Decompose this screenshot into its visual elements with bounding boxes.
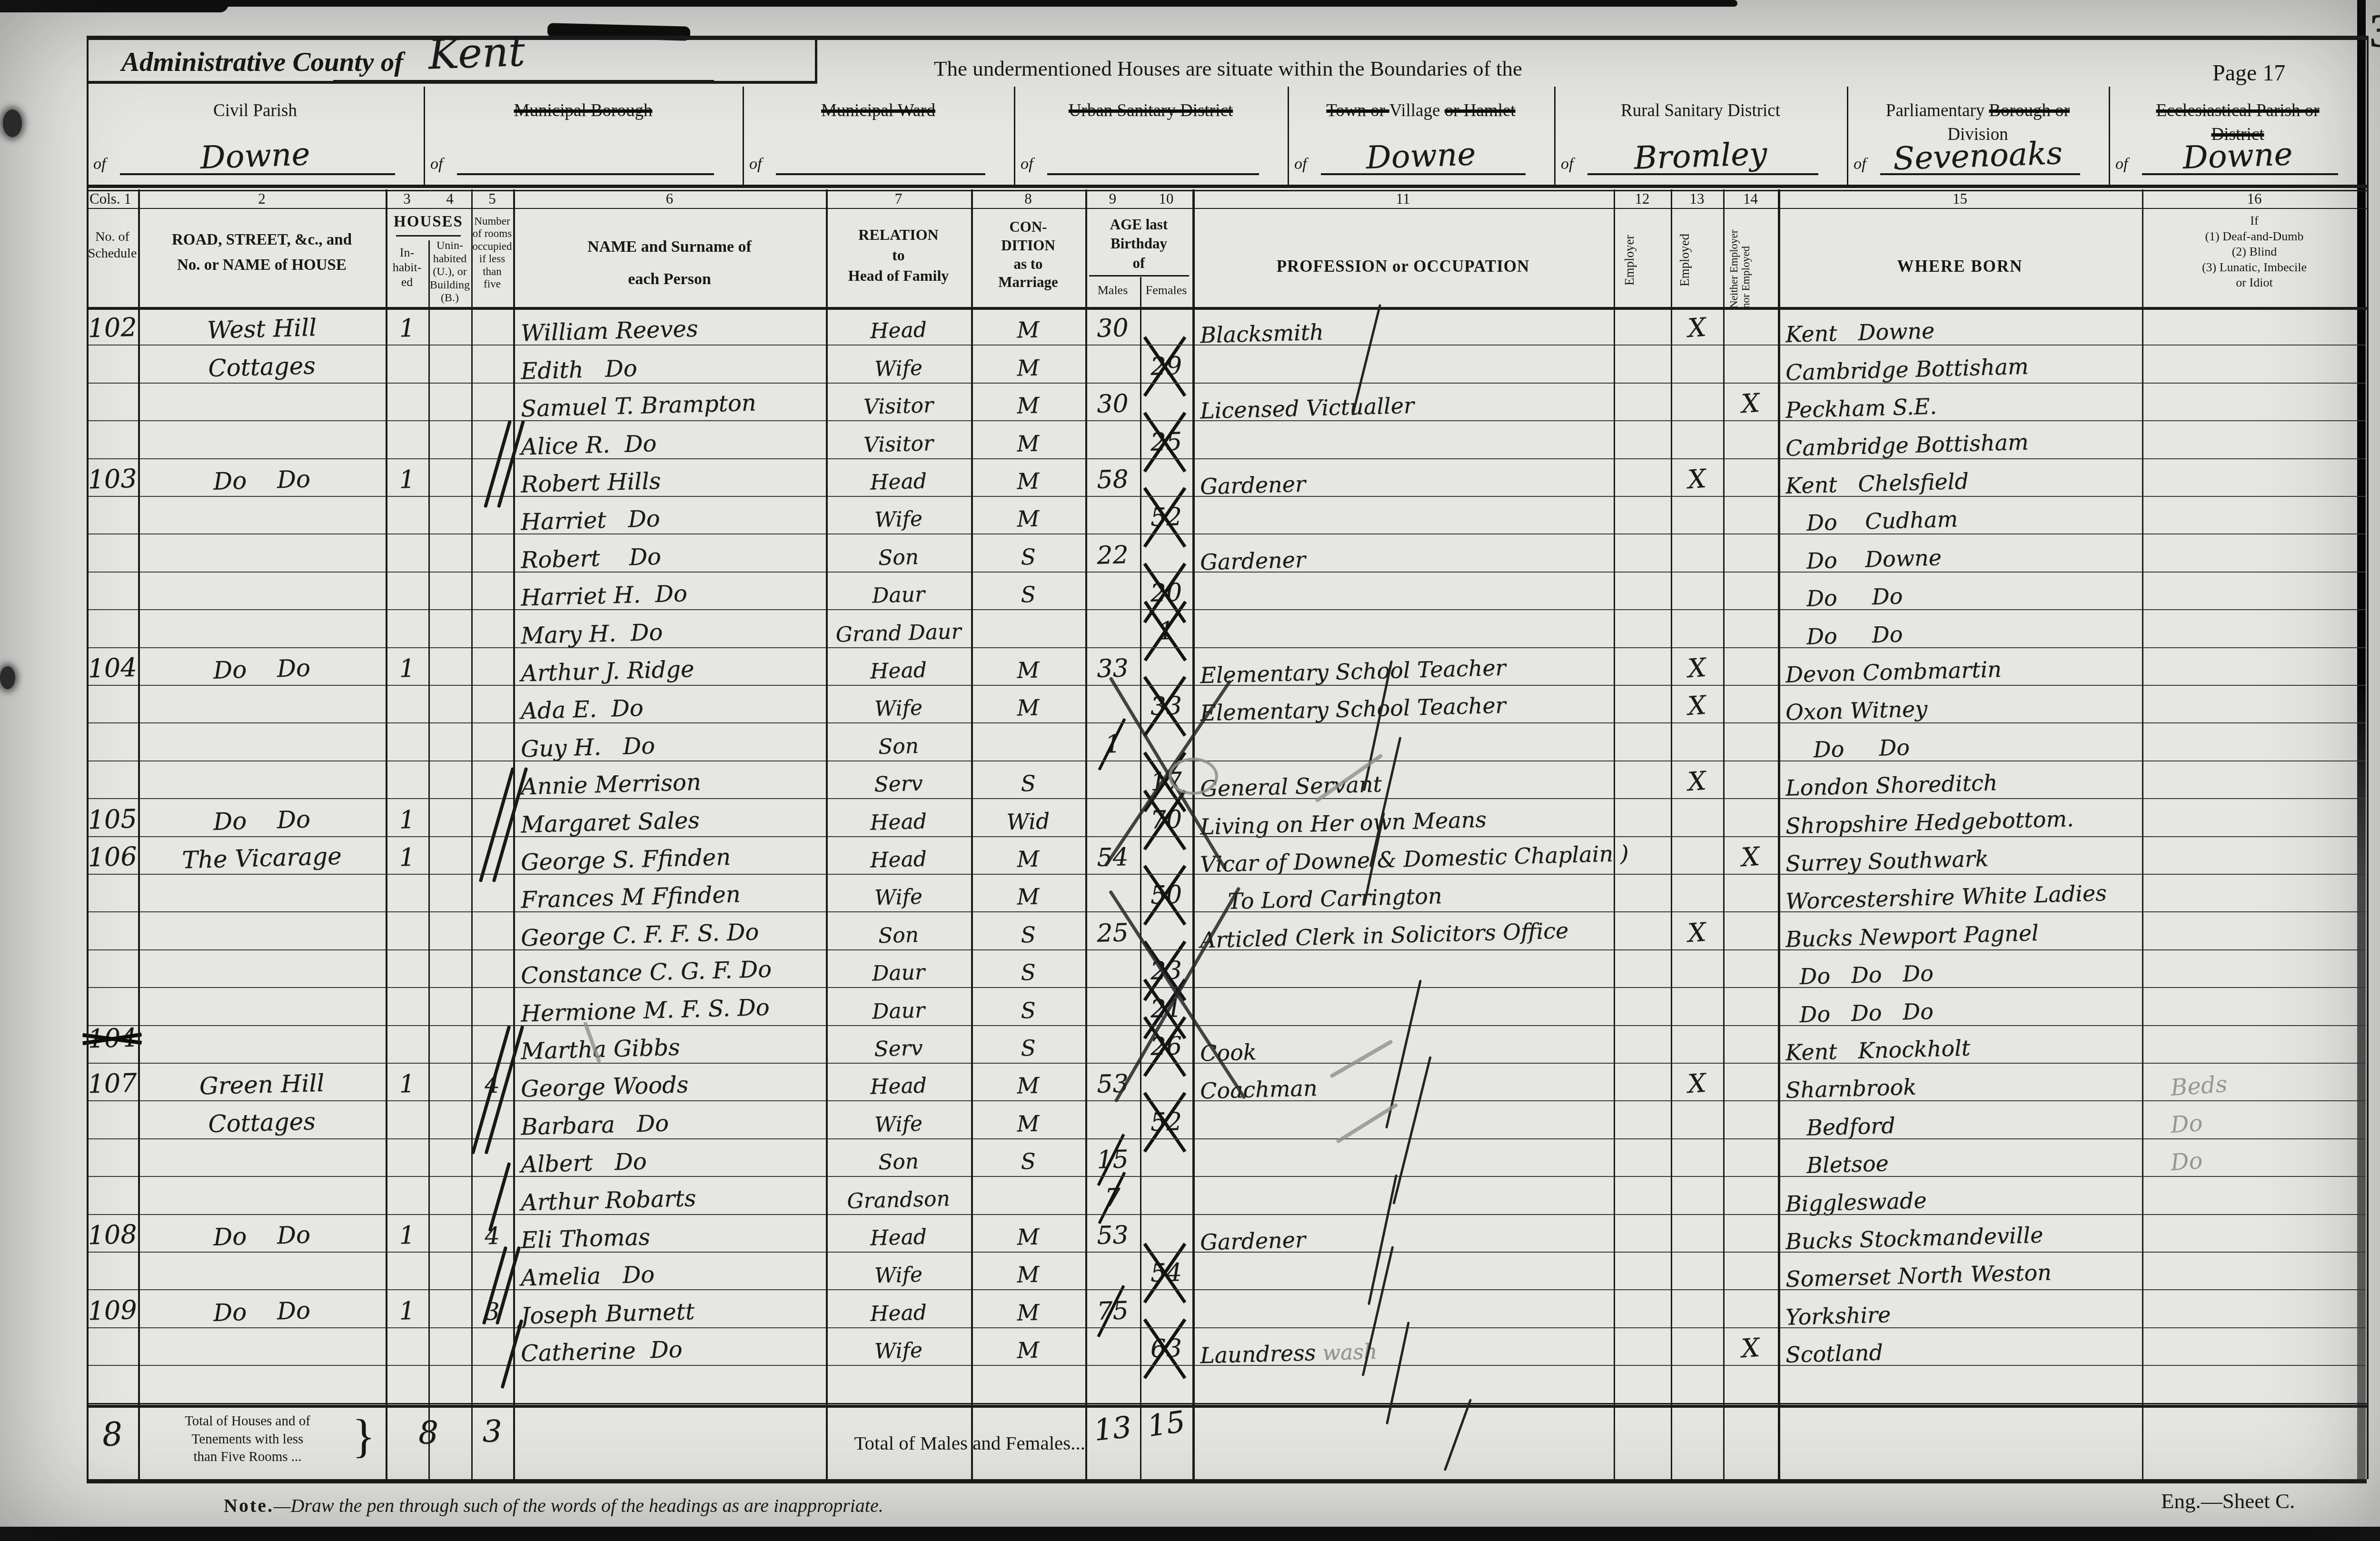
cell-name: Harriet H. Do [513,576,833,612]
cell-relation: Head [825,1299,971,1327]
cell-name: Arthur J. Ridge [513,652,833,687]
cell-schedule: 108 [86,1219,139,1251]
cell-condition: Wid [971,807,1085,835]
cell-occupation: Gardener [1192,538,1621,575]
cell-born: Do Do [1777,614,2150,650]
header-houses: HOUSES [386,213,471,231]
cell-emp: X [1722,840,1779,874]
cell-age_f: 25 [1140,427,1193,457]
footer-note-text: —Draw the pen through such of the words … [274,1495,883,1516]
table-row: Alice R. DoVisitorM25Cambridge Bottisham [0,420,2380,458]
col-number: 11 [1192,190,1614,207]
cell-condition: M [971,1223,1085,1251]
district-of-label: of [93,155,106,173]
summary-males-females-label: Total of Males and Females... [781,1432,1085,1454]
cell-house: Green Hill [138,1068,386,1102]
cell-condition: S [971,1034,1085,1062]
district-rural-sanitary-district: Rural Sanitary District ofBromley [1554,86,1847,186]
district-label-part: Borough or [1989,101,2070,120]
cell-rooms: 3 [471,1297,513,1326]
cell-inhabited: 1 [385,805,429,834]
district-label: Urban Sanitary District [1014,99,1288,123]
cell-age_f: 29 [1140,351,1193,381]
rule-line [1614,189,1615,1479]
cell-house: Do Do [138,803,386,838]
cell-schedule: 109 [86,1294,139,1326]
cell-condition: M [971,882,1085,911]
situate-title: The undermentioned Houses are situate wi… [857,56,1599,81]
age-cross-mark: 50 [1150,881,1182,910]
col-number: 12 [1614,190,1671,207]
cell-born: Shropshire Hedgebottom. [1777,803,2150,839]
cell-born: Sharnbrook [1777,1068,2150,1103]
age-slash-mark: 75 [1097,1296,1129,1326]
header-born: WHERE BORN [1778,257,2142,276]
cell-occupation: Elementary School Teacher [1192,690,1621,727]
rule-line [1778,189,1780,1479]
ink-stroke [1444,1399,1472,1471]
cell-condition: M [971,354,1085,382]
cell-relation: Grandson [825,1186,971,1214]
table-row: 106The Vicarage1George S. FfindenHeadM54… [0,836,2380,874]
col-number: 3 [386,190,428,207]
footer-note-label: Note. [224,1495,274,1516]
rule-line [87,36,89,1479]
cell-inhabited: 1 [385,465,429,494]
cell-relation: Daur [825,959,971,987]
cell-condition: S [971,958,1085,987]
cell-condition: S [971,996,1085,1024]
cell-emp: X [1670,651,1724,685]
table-row: Frances M FfindenWifeM50 To Lord Carring… [0,874,2380,911]
header-neither: Neither Employer nor Employed [1728,213,1775,308]
cell-born: Scotland [1777,1333,2150,1368]
cell-name: Eli Thomas [513,1219,833,1254]
cell-schedule: 105 [86,803,139,835]
cell-age_f: 52 [1140,1107,1193,1137]
cell-born: Bucks Stockmandeville [1777,1219,2150,1255]
district-urban-sanitary-district: Urban Sanitary District of [1014,86,1288,186]
summary-rooms-total: 3 [471,1414,513,1450]
header-name: NAME and Surname of each Person [513,231,826,296]
cell-condition: S [971,1147,1085,1176]
cell-relation: Son [825,732,971,761]
district-parliamentary-division: Parliamentary Borough or Division ofSeve… [1847,86,2109,186]
cell-relation: Head [825,846,971,874]
cell-name: Edith Do [513,350,833,385]
rule-line [1671,189,1672,1479]
cell-born: Do Cudham [1777,501,2150,536]
cell-born: Oxon Witney [1777,690,2150,725]
summary-houses-total: 8 [386,1414,471,1451]
cell-relation: Son [825,1148,971,1176]
cell-pencil-margin: Do [2170,1109,2203,1138]
cell-schedule: 107 [86,1068,139,1099]
cell-name: Hermione M. F. S. Do [513,992,833,1027]
cell-born: Surrey Southwark [1777,841,2150,877]
cell-house: Cottages [138,1106,386,1140]
summary-houses-label: Total of Houses and of Tenements with le… [143,1413,352,1466]
header-road: ROAD, STREET, &c., and No. or NAME of HO… [138,227,386,278]
cell-name: Joseph Burnett [513,1294,833,1330]
age-underline [1089,275,1189,277]
col-number: 4 [428,190,471,207]
cell-condition: S [971,920,1085,949]
rule-line [1554,87,1556,187]
cell-relation: Wife [825,694,971,722]
cell-name: George Woods [513,1068,833,1103]
cell-age_m: 15 [1085,1145,1140,1175]
summary-females-total: 15 [1138,1403,1194,1445]
header-relation: RELATION to Head of Family [826,225,971,286]
cell-born: Bletsoe [1777,1144,2150,1179]
cell-condition: S [971,580,1085,609]
hole-punch [3,109,22,137]
district-value: Downe [115,133,396,179]
cell-condition: S [971,543,1085,571]
table-row: 109Do Do13Joseph BurnettHeadM75Yorkshire [0,1289,2380,1327]
scan-edge-bottom [0,1527,2380,1541]
cell-occupation: Elementary School Teacher [1192,652,1621,689]
table-row: 102West Hill1William ReevesHeadM30Blacks… [0,307,2380,345]
district-value: Downe [1316,134,1526,178]
cell-relation: Wife [825,1110,971,1138]
table-row: Robert DoSonS22Gardener Do Downe [0,533,2380,571]
cell-inhabited: 1 [385,843,429,872]
rule-line [826,189,828,1479]
header-rooms: Number of rooms occupied if less than fi… [471,215,513,291]
cell-schedule: 104 [86,652,139,684]
table-row: 108Do Do14Eli ThomasHeadM53GardenerBucks… [0,1214,2380,1252]
cell-born: Kent Knockholt [1777,1030,2150,1066]
cell-condition: M [971,391,1085,420]
houses-underline [396,235,461,237]
cell-emp: X [1722,1331,1779,1365]
rule-line [138,189,140,1479]
cell-name: George C. F. F. S. Do [513,917,833,952]
cell-condition: M [971,1109,1085,1138]
rule-line [1192,189,1195,1479]
district-value: Bromley [1582,133,1819,178]
cell-occupation: Living on Her own Means [1192,803,1621,840]
cell-relation: Head [825,1224,971,1252]
cell-condition: M [971,693,1085,722]
cell-occupation: Blacksmith [1192,312,1621,349]
district-label-part: Civil Parish [213,101,297,120]
cell-age_m: 30 [1085,389,1140,419]
table-row: Amelia DoWifeM54Somerset North Weston [0,1252,2380,1289]
cell-relation: Wife [825,883,971,911]
cell-born: Worcestershire White Ladies [1777,879,2150,914]
rule-line [1085,189,1087,1479]
cell-house: Do Do [138,463,386,497]
cell-age_f: 54 [1140,1258,1193,1288]
cell-condition: M [971,504,1085,533]
district-value: Sevenoaks [1875,134,2081,178]
district-of-label: of [1561,155,1573,173]
cell-age_m: 53 [1085,1220,1140,1250]
rule-line [87,81,815,84]
cell-born: Peckham S.E. [1777,388,2150,423]
cell-occupation: Coachman [1192,1067,1621,1105]
cell-age_f: 33 [1140,691,1193,721]
district-town-village-hamlet: Town or Village or Hamlet ofDowne [1288,86,1554,186]
cell-born: Do Do Do [1777,992,2150,1027]
age-cross-mark: 54 [1150,1259,1182,1288]
rule-line [2142,189,2143,1479]
cell-name: Margaret Sales [513,803,833,839]
cell-born: Do Do [1777,728,2150,763]
cell-occupation: Gardener [1192,463,1621,500]
district-label-part: Ecclesiastical Parish or [2156,101,2319,120]
cell-born: Do Do [1777,577,2150,612]
district-value-underline [776,173,985,175]
district-of-label: of [1854,155,1866,173]
cell-condition: M [971,1260,1085,1289]
cell-relation: Son [825,921,971,949]
age-slash-mark: 7 [1104,1183,1121,1212]
rule-line [386,189,387,1479]
cell-born: Do Downe [1777,539,2150,574]
cell-name: Constance C. G. F. Do [513,954,833,989]
cell-age_m: 7 [1085,1183,1140,1213]
col-number: 13 [1671,190,1723,207]
cell-relation: Visitor [825,392,971,420]
col-number: 15 [1778,190,2142,207]
cell-relation: Serv [825,770,971,798]
district-municipal-borough: Municipal Borough of [424,86,743,186]
census-sheet-scan: 38 Administrative County of Kent The und… [0,0,2380,1541]
district-label: Municipal Borough [424,99,743,123]
cell-relation: Grand Daur [825,619,971,647]
cell-age_f: 52 [1140,503,1193,533]
cell-name: Frances M Ffinden [513,879,833,914]
cell-emp: X [1670,689,1724,723]
cell-age_m: 58 [1085,464,1140,494]
county-label: Administrative County of [121,47,403,78]
cell-relation: Head [825,1072,971,1100]
cell-name: William Reeves [513,312,833,347]
cell-born: Kent Chelsfield [1777,464,2150,499]
summary-brace: } [352,1409,375,1463]
header-females: Females [1140,283,1192,297]
header-schedule: No. of Schedule [87,228,138,262]
cell-house: West Hill [138,312,386,346]
cell-name: Mary H. Do [513,614,833,650]
district-label-part: or Hamlet [1445,101,1516,120]
district-of-label: of [2115,155,2128,173]
cell-occupation: Laundress wash [1192,1332,1621,1369]
cell-condition: S [971,769,1085,798]
district-label-part: Municipal Borough [514,101,653,120]
district-label-part: Village [1389,101,1445,120]
scan-edge-top-left [0,0,228,12]
cell-condition: M [971,1071,1085,1100]
cell-name: Martha Gibbs [513,1030,833,1065]
cell-born: Cambridge Bottisham [1777,425,2150,461]
cell-relation: Head [825,468,971,496]
district-of-label: of [1021,155,1033,173]
scan-edge-top [0,0,1737,7]
rule-line [428,240,430,1479]
table-row: Arthur RobartsGrandson7Biggleswade [0,1176,2380,1214]
cell-house: The Vicarage [138,841,386,875]
district-label-part: Town or [1326,101,1389,120]
district-label-part: Municipal Ward [821,101,935,120]
table-row: 104Martha GibbsServS26CookKent Knockholt [0,1025,2380,1063]
header-males: Males [1085,283,1140,297]
cell-schedule: 103 [86,464,139,495]
table-row: Catherine DoWifeM63Laundress washXScotla… [0,1327,2380,1365]
cell-house: Cottages [138,350,386,384]
rule-line [1014,87,1015,187]
cell-age_f: 70 [1140,805,1193,835]
cell-born: Cambridge Bottisham [1777,350,2150,385]
summary-males-total: 13 [1083,1408,1141,1449]
cell-inhabited: 1 [385,1069,429,1099]
cell-pencil-margin: Do [2170,1147,2203,1176]
cell-age_f: 63 [1140,1334,1193,1364]
table-row: Harriet H. DoDaurS20 Do Do [0,572,2380,609]
cell-age_m: 1 [1085,729,1140,759]
district-of-label: of [430,155,443,173]
age-cross-mark: 52 [1150,503,1182,533]
age-cross-mark: 52 [1150,1107,1182,1137]
cell-occupation: To Lord Carrington [1192,879,1621,916]
cell-name: Guy H. Do [513,728,833,763]
cell-occupation: Articled Clerk in Solicitors Office [1192,916,1621,953]
cell-relation: Visitor [825,430,971,458]
age-slash-mark: 1 [1104,730,1121,759]
rule-line [424,87,425,187]
district-of-label: of [749,155,762,173]
cell-born: Bedford [1777,1106,2150,1141]
cell-relation: Wife [825,1337,971,1365]
rule-line [87,36,2367,40]
rule-line [971,189,973,1479]
district-label: Civil Parish [87,99,424,123]
district-label: Town or Village or Hamlet [1288,99,1554,123]
district-label-part: Urban Sanitary District [1069,101,1233,120]
cell-emp: X [1670,462,1724,496]
cell-house: Do Do [138,652,386,686]
cell-inhabited: 1 [385,1296,429,1326]
cell-relation: Head [825,316,971,345]
district-ecclesiastical-parish: Ecclesiastical Parish or District ofDown… [2109,86,2367,186]
district-of-label: of [1294,155,1307,173]
header-uninhabited: Unin- habited (U.), or Building (B.) [428,239,471,305]
col-number: Cols. 1 [87,190,141,207]
cell-born: Bucks Newport Pagnel [1777,917,2150,952]
table-row: CottagesEdith DoWifeM29Cambridge Bottish… [0,345,2380,382]
cell-condition: M [971,429,1085,457]
age-cross-mark: 1 [1158,616,1175,645]
cell-born: London Shoreditch [1777,766,2150,801]
cell-name: Arthur Robarts [513,1181,833,1216]
cell-name: Annie Merrison [513,765,833,800]
district-municipal-ward: Municipal Ward of [743,86,1014,186]
header-inhabited: In- habit- ed [386,245,428,290]
cell-name: Amelia Do [513,1257,833,1292]
cell-relation: Daur [825,997,971,1025]
cell-emp: X [1670,764,1724,798]
col-number: 8 [971,190,1085,207]
rule-line [1847,87,1848,187]
cell-house: Do Do [138,1219,386,1253]
cell-schedule: 104 [86,1022,139,1054]
table-row: 107Green Hill14George WoodsHeadM53Coachm… [0,1063,2380,1100]
age-slash-mark: 15 [1097,1145,1129,1175]
district-value-underline [457,173,714,175]
cell-relation: Wife [825,1261,971,1289]
rule-line [1140,277,1141,1479]
cell-condition: M [971,467,1085,495]
cell-occupation: General Servant [1192,765,1621,802]
district-label-part: Rural Sanitary District [1621,101,1780,120]
cell-name: Robert Hills [513,463,833,498]
footer-sheet: Eng.—Sheet C. [2161,1489,2295,1513]
cell-name: Catherine Do [513,1332,833,1367]
footer-note: Note.—Draw the pen through such of the w… [224,1494,883,1517]
cell-name: Barbara Do [513,1106,833,1141]
table-row: Mary H. DoGrand Daur1 Do Do [0,609,2380,647]
cell-schedule: 102 [86,312,139,344]
cell-schedule: 106 [86,841,139,873]
rule-line [2367,36,2369,1479]
cell-condition: M [971,1336,1085,1364]
cell-name: Albert Do [513,1143,833,1178]
header-age: AGE last Birthday of [1085,215,1192,273]
summary-schedule-total: 8 [85,1414,139,1455]
cell-relation: Son [825,543,971,572]
cell-relation: Daur [825,581,971,609]
table-row: Harriet DoWifeM52 Do Cudham [0,496,2380,533]
cell-name: Samuel T. Brampton [513,387,833,423]
col-number: 14 [1723,190,1778,207]
district-civil-parish: Civil Parish ofDowne [87,86,424,186]
cell-name: Robert Do [513,539,833,574]
cell-age_m: 30 [1085,314,1140,344]
rule-line [743,87,744,187]
table-row: Samuel T. BramptonVisitorM30Licensed Vic… [0,383,2380,420]
rule-line [87,208,2367,209]
col-number: 5 [471,190,513,207]
cell-age_m: 22 [1085,540,1140,570]
cell-condition: M [971,316,1085,344]
district-value: Downe [2137,134,2339,178]
age-cross-mark: 20 [1150,578,1182,608]
district-value-underline [1047,173,1259,175]
pencil-circle [1169,758,1218,795]
cell-name: Alice R. Do [513,425,833,461]
table-row: 104Do Do1Arthur J. RidgeHeadM33Elementar… [0,647,2380,685]
cell-born: Biggleswade [1777,1181,2150,1216]
cell-occupation: Gardener [1192,1218,1621,1255]
col-number: 7 [826,190,971,207]
col-number: 9 [1085,190,1140,207]
rule-line [2109,87,2110,187]
cell-emp: X [1670,311,1724,345]
table-row: Albert DoSonS15 BletsoeDo [0,1138,2380,1176]
cell-condition: M [971,1298,1085,1327]
age-cross-mark: 33 [1150,692,1182,721]
cell-age_m: 75 [1085,1296,1140,1326]
cell-relation: Serv [825,1035,971,1063]
cell-born: Yorkshire [1777,1295,2150,1330]
header-employed: Employed [1677,215,1720,306]
cell-relation: Wife [825,355,971,383]
district-label: Rural Sanitary District [1554,99,1847,123]
